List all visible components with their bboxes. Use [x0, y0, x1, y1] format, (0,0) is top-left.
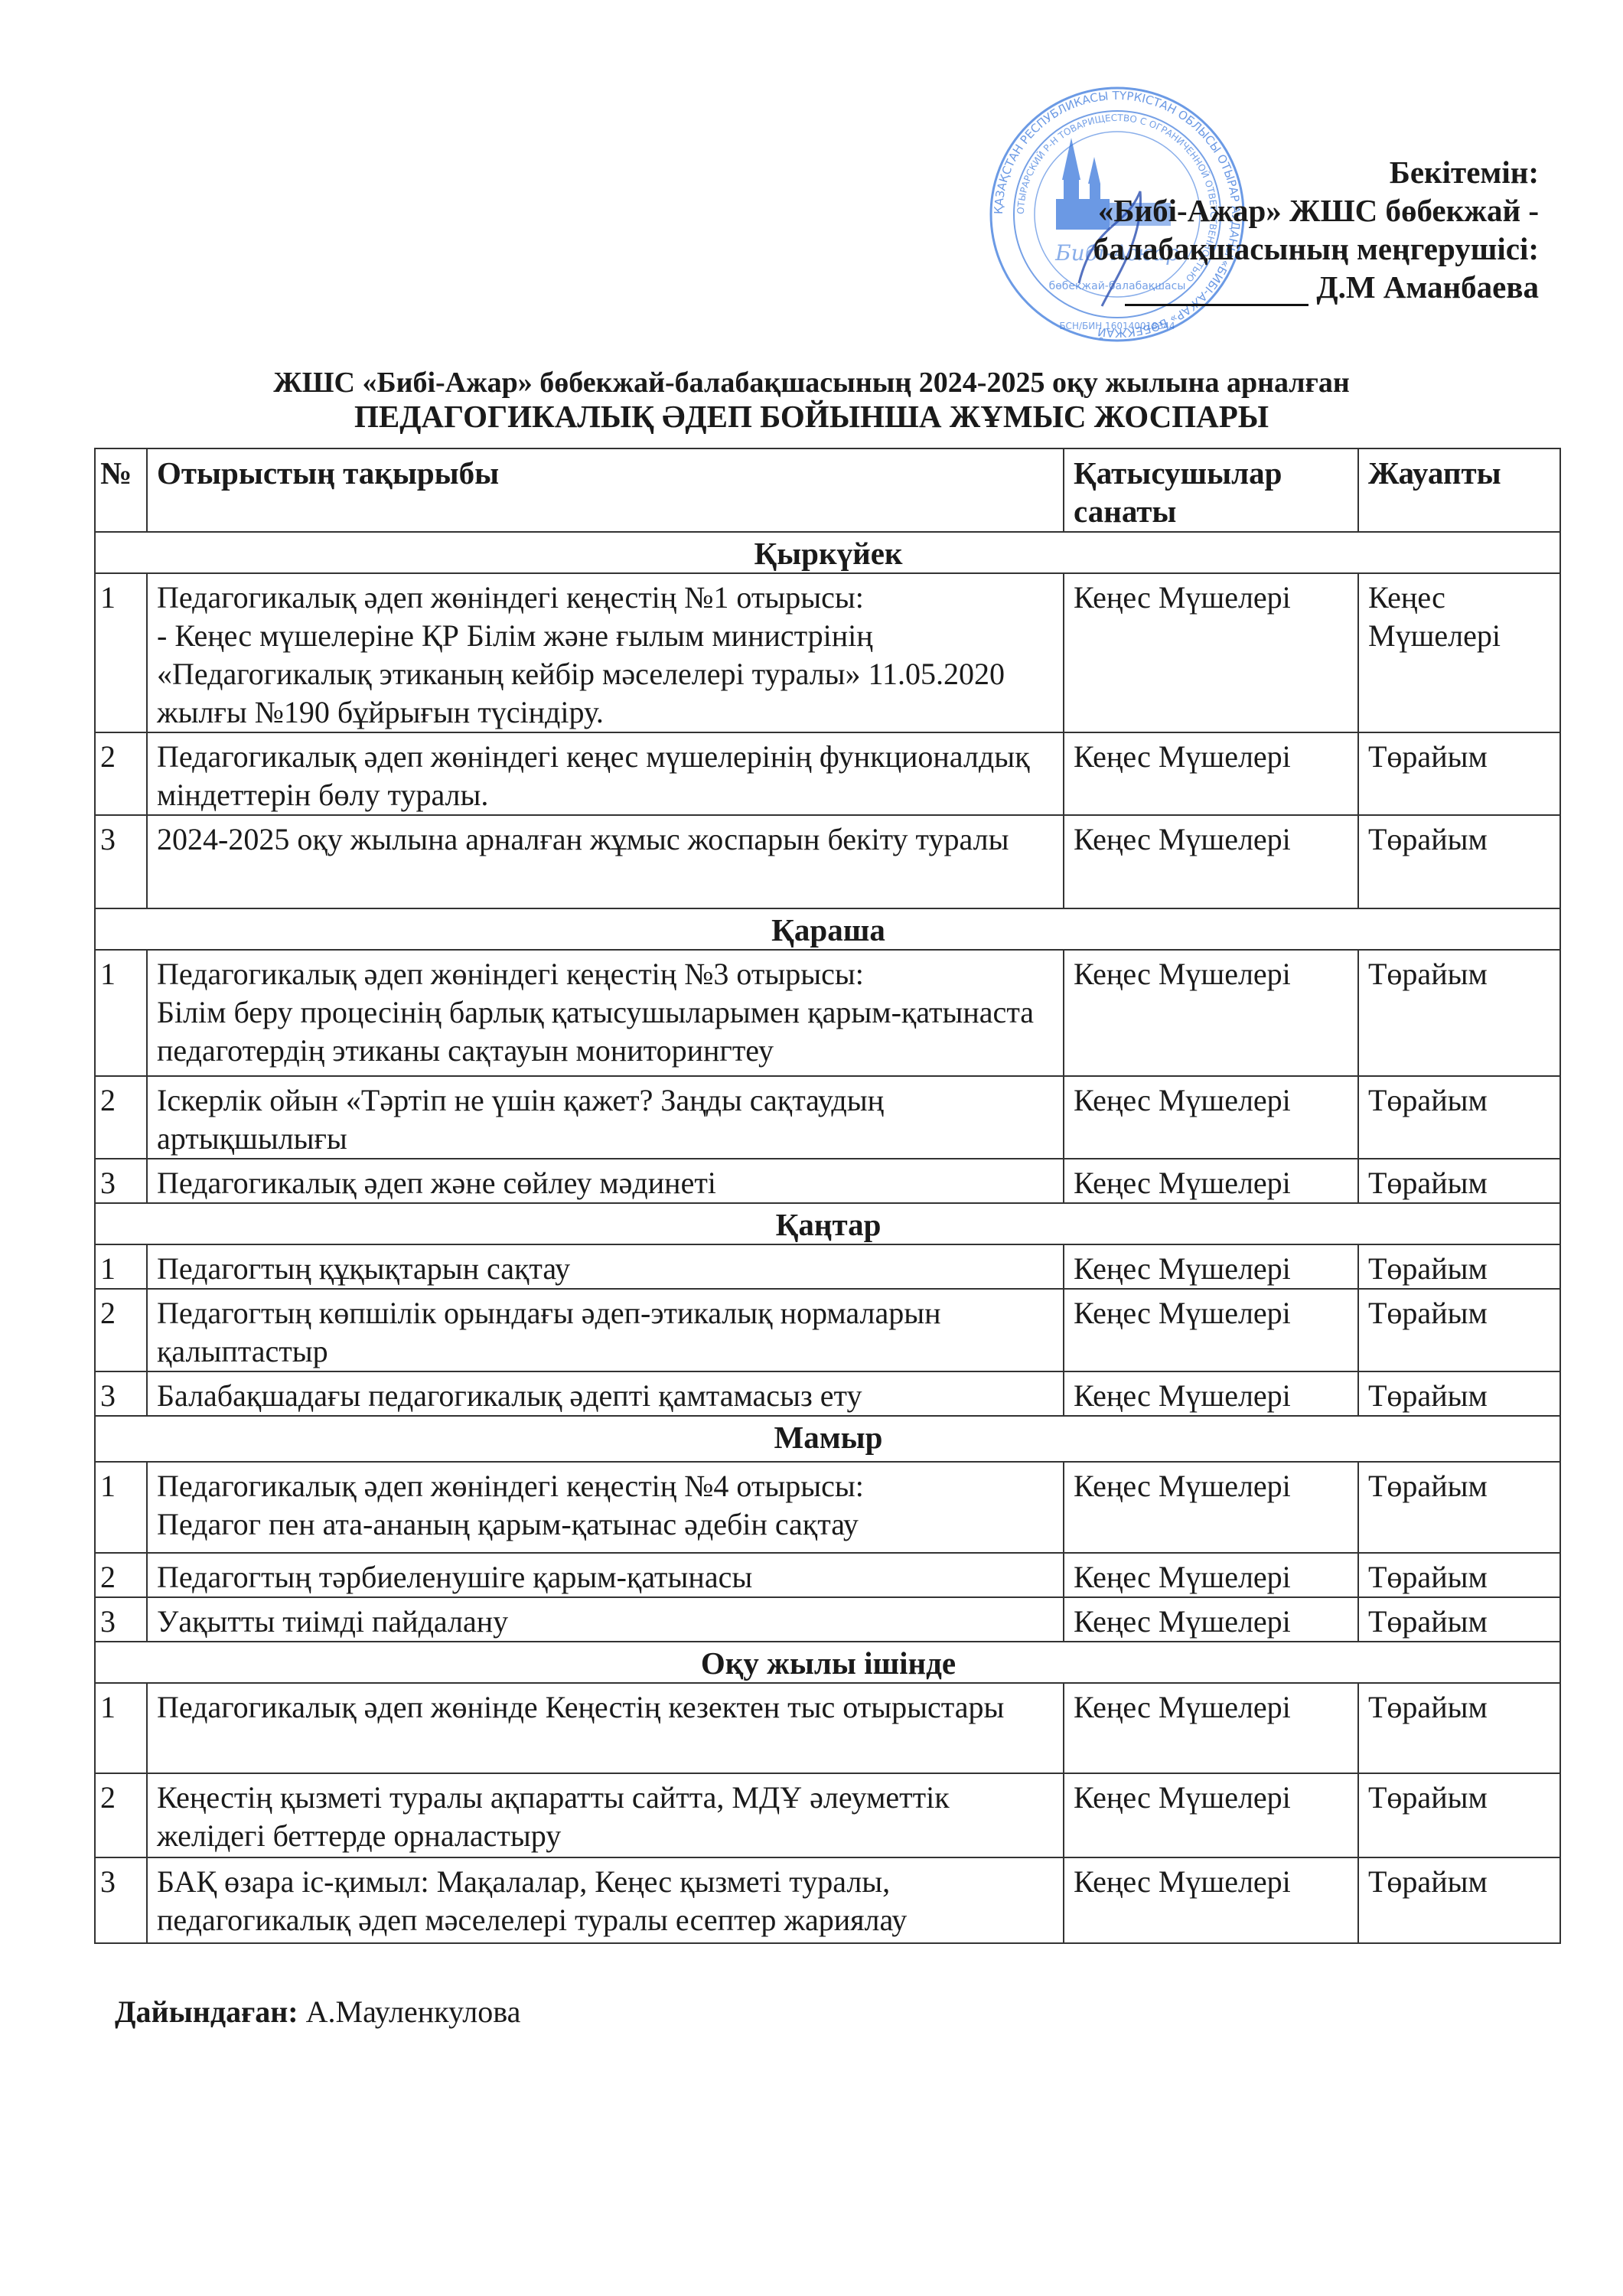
row-responsible: Төрайым [1358, 1244, 1560, 1289]
row-participants: Кеңес Мүшелері [1064, 1683, 1358, 1773]
row-responsible: Төрайым [1358, 1371, 1560, 1416]
row-participants: Кеңес Мүшелері [1064, 1773, 1358, 1857]
row-number: 3 [95, 1597, 147, 1642]
prepared-name: А.Мауленкулова [306, 1994, 521, 2029]
approval-title: Бекітемін: [1093, 153, 1539, 191]
row-topic: Педагогикалық әдеп және сөйлеу мәдинеті [147, 1159, 1064, 1203]
row-participants: Кеңес Мүшелері [1064, 1462, 1358, 1553]
header-num: № [95, 448, 147, 532]
approval-organization: «Бибі-Ажар» ЖШС бөбекжай - [1093, 191, 1539, 230]
row-topic: Балабақшадағы педагогикалық әдепті қамта… [147, 1371, 1064, 1416]
row-responsible: Төрайым [1358, 1857, 1560, 1943]
row-number: 3 [95, 1857, 147, 1943]
month-label: Оқу жылы ішінде [95, 1642, 1560, 1683]
row-topic: 2024-2025 оқу жылына арналған жұмыс жосп… [147, 815, 1064, 908]
header-topic: Отырыстың тақырыбы [147, 448, 1064, 532]
row-number: 3 [95, 1371, 147, 1416]
table-row: 3Уақытты тиімді пайдалануКеңес МүшелеріТ… [95, 1597, 1560, 1642]
row-responsible: Төрайым [1358, 1597, 1560, 1642]
row-responsible: Төрайым [1358, 1462, 1560, 1553]
document-heading: ЖШС «Бибі-Ажар» бөбекжай-балабақшасының … [0, 366, 1623, 433]
approver-name: Д.М Аманбаева [1316, 268, 1539, 306]
row-responsible: Төрайым [1358, 732, 1560, 815]
row-topic: Уақытты тиімді пайдалану [147, 1597, 1064, 1642]
month-row: Мамыр [95, 1416, 1560, 1462]
prepared-label: Дайындаған: [115, 1994, 298, 2029]
row-responsible: Төрайым [1358, 1553, 1560, 1597]
row-topic: Педагогикалық әдеп жөніндегі кеңестің №1… [147, 573, 1064, 732]
table-row: 1Педагогикалық әдеп жөніндегі кеңестің №… [95, 1462, 1560, 1553]
row-topic: Педагогикалық әдеп жөніндегі кеңес мүшел… [147, 732, 1064, 815]
row-topic: Педагогикалық әдеп жөніндегі кеңестің №3… [147, 950, 1064, 1076]
month-row: Қараша [95, 908, 1560, 950]
table-header-row: № Отырыстың тақырыбы Қатысушылар санаты … [95, 448, 1560, 532]
prepared-by: Дайындаған: А.Мауленкулова [115, 1994, 520, 2030]
table-row: 1Педагогикалық әдеп жөніндегі кеңестің №… [95, 573, 1560, 732]
table-row: 1Педагогикалық әдеп жөнінде Кеңестің кез… [95, 1683, 1560, 1773]
row-participants: Кеңес Мүшелері [1064, 573, 1358, 732]
table-row: 2Педагогтың тәрбиеленушіге қарым-қатынас… [95, 1553, 1560, 1597]
row-participants: Кеңес Мүшелері [1064, 1553, 1358, 1597]
row-topic: Педагогтың тәрбиеленушіге қарым-қатынасы [147, 1553, 1064, 1597]
row-participants: Кеңес Мүшелері [1064, 1371, 1358, 1416]
row-number: 1 [95, 1462, 147, 1553]
row-responsible: Төрайым [1358, 1773, 1560, 1857]
table-body: Қыркүйек1Педагогикалық әдеп жөніндегі ке… [95, 532, 1560, 1943]
header-participants: Қатысушылар санаты [1064, 448, 1358, 532]
row-responsible: Төрайым [1358, 815, 1560, 908]
row-topic: БАҚ өзара іс-қимыл: Мақалалар, Кеңес қыз… [147, 1857, 1064, 1943]
row-number: 3 [95, 815, 147, 908]
stamp-bin: БСН/БИН 160140018344 [1059, 321, 1175, 331]
row-number: 1 [95, 1683, 147, 1773]
row-number: 1 [95, 1244, 147, 1289]
table-row: 3Педагогикалық әдеп және сөйлеу мәдинеті… [95, 1159, 1560, 1203]
month-label: Қараша [95, 908, 1560, 950]
row-participants: Кеңес Мүшелері [1064, 732, 1358, 815]
row-topic: Іскерлік ойын «Тәртіп не үшін қажет? Заң… [147, 1076, 1064, 1159]
month-row: Оқу жылы ішінде [95, 1642, 1560, 1683]
approval-position: балабақшасының меңгерушісі: [1093, 230, 1539, 268]
row-number: 1 [95, 950, 147, 1076]
table-row: 3БАҚ өзара іс-қимыл: Мақалалар, Кеңес қы… [95, 1857, 1560, 1943]
table-row: 2Педагогтың көпшілік орындағы әдеп-этика… [95, 1289, 1560, 1371]
table-row: 2Кеңестің қызметі туралы ақпаратты сайтт… [95, 1773, 1560, 1857]
month-label: Мамыр [95, 1416, 1560, 1462]
row-number: 2 [95, 1553, 147, 1597]
row-participants: Кеңес Мүшелері [1064, 1159, 1358, 1203]
row-topic: Педагогтың құқықтарын сақтау [147, 1244, 1064, 1289]
month-row: Қаңтар [95, 1203, 1560, 1244]
approval-block: Бекітемін: «Бибі-Ажар» ЖШС бөбекжай - ба… [1093, 153, 1539, 306]
row-responsible: Төрайым [1358, 1289, 1560, 1371]
row-participants: Кеңес Мүшелері [1064, 1076, 1358, 1159]
row-responsible: Кеңес Мүшелері [1358, 573, 1560, 732]
row-topic: Педагогикалық әдеп жөнінде Кеңестің кезе… [147, 1683, 1064, 1773]
row-number: 2 [95, 1773, 147, 1857]
approval-signature-row: Д.М Аманбаева [1093, 268, 1539, 306]
row-participants: Кеңес Мүшелері [1064, 815, 1358, 908]
signature-line [1125, 278, 1309, 306]
page-title: ПЕДАГОГИКАЛЫҚ ӘДЕП БОЙЫНША ЖҰМЫС ЖОСПАРЫ [0, 400, 1623, 433]
work-plan-table: № Отырыстың тақырыбы Қатысушылар санаты … [94, 448, 1561, 1944]
row-topic: Педагогтың көпшілік орындағы әдеп-этикал… [147, 1289, 1064, 1371]
table-row: 2Педагогикалық әдеп жөніндегі кеңес мүше… [95, 732, 1560, 815]
table-row: 32024-2025 оқу жылына арналған жұмыс жос… [95, 815, 1560, 908]
row-participants: Кеңес Мүшелері [1064, 1597, 1358, 1642]
row-number: 2 [95, 1289, 147, 1371]
row-topic: Педагогикалық әдеп жөніндегі кеңестің №4… [147, 1462, 1064, 1553]
month-label: Қаңтар [95, 1203, 1560, 1244]
header-responsible: Жауапты [1358, 448, 1560, 532]
row-number: 2 [95, 1076, 147, 1159]
row-number: 2 [95, 732, 147, 815]
row-responsible: Төрайым [1358, 950, 1560, 1076]
heading-line-1: ЖШС «Бибі-Ажар» бөбекжай-балабақшасының … [0, 366, 1623, 400]
table-row: 3Балабақшадағы педагогикалық әдепті қамт… [95, 1371, 1560, 1416]
month-label: Қыркүйек [95, 532, 1560, 573]
row-number: 3 [95, 1159, 147, 1203]
row-responsible: Төрайым [1358, 1159, 1560, 1203]
table-row: 1Педагогтың құқықтарын сақтауКеңес Мүшел… [95, 1244, 1560, 1289]
row-number: 1 [95, 573, 147, 732]
row-responsible: Төрайым [1358, 1076, 1560, 1159]
row-responsible: Төрайым [1358, 1683, 1560, 1773]
row-participants: Кеңес Мүшелері [1064, 1289, 1358, 1371]
table-row: 1Педагогикалық әдеп жөніндегі кеңестің №… [95, 950, 1560, 1076]
row-topic: Кеңестің қызметі туралы ақпаратты сайтта… [147, 1773, 1064, 1857]
row-participants: Кеңес Мүшелері [1064, 950, 1358, 1076]
row-participants: Кеңес Мүшелері [1064, 1857, 1358, 1943]
row-participants: Кеңес Мүшелері [1064, 1244, 1358, 1289]
table-row: 2Іскерлік ойын «Тәртіп не үшін қажет? За… [95, 1076, 1560, 1159]
month-row: Қыркүйек [95, 532, 1560, 573]
